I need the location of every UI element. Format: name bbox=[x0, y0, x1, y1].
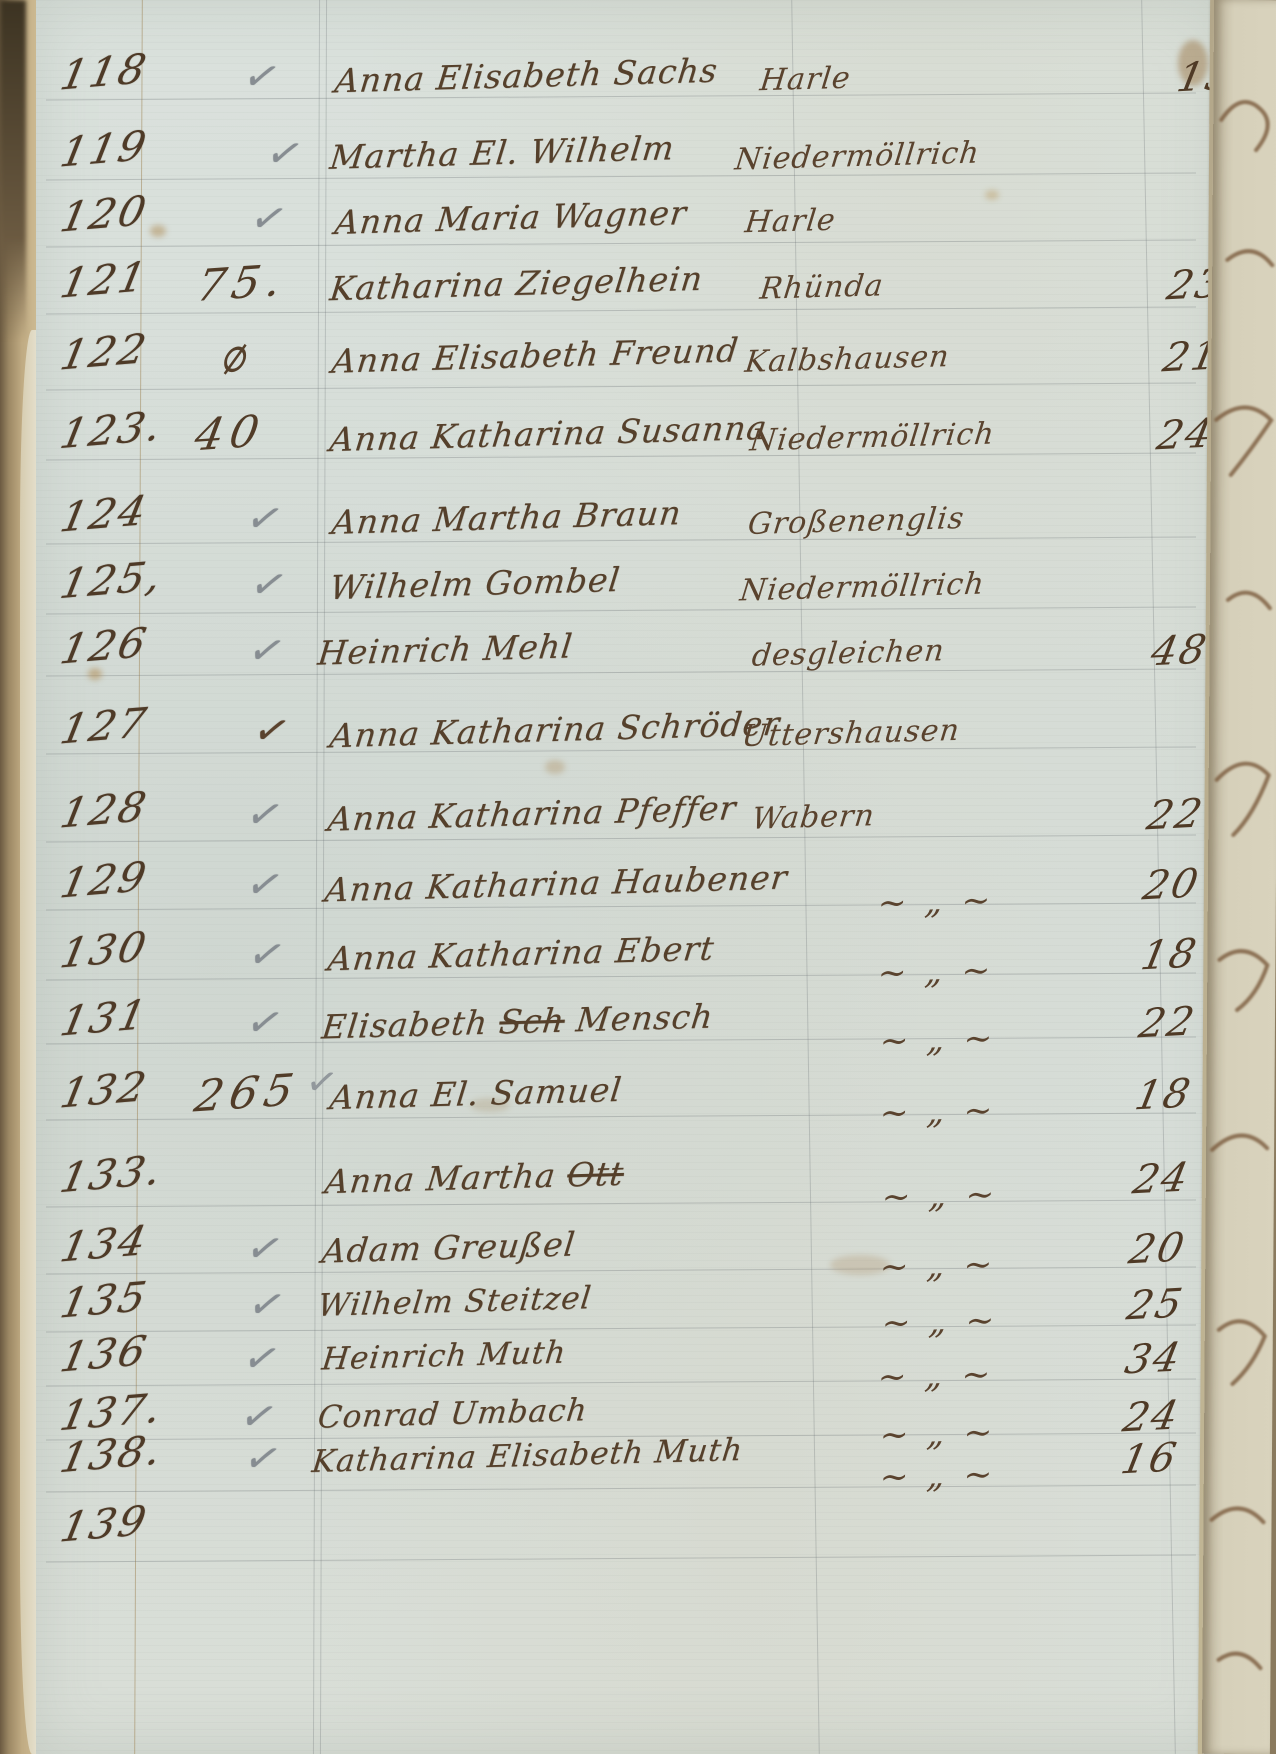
row-number: 132 bbox=[56, 1062, 152, 1117]
row-number: 125, bbox=[56, 552, 167, 608]
ditto-mark: ~ „ ~ bbox=[878, 1244, 999, 1287]
entry-name-part: Mensch bbox=[563, 996, 716, 1039]
entry-age: 34 bbox=[1121, 1335, 1186, 1384]
crossed-out-mark: ⌀ bbox=[222, 324, 249, 386]
entry-age: 20 bbox=[1125, 1225, 1190, 1274]
entry-age: 22 bbox=[1143, 791, 1208, 840]
row-number: 130 bbox=[56, 922, 152, 977]
paper-stain bbox=[985, 190, 999, 200]
ditto-mark: ~ „ ~ bbox=[878, 1454, 999, 1497]
entry-place: Niedermöllrich bbox=[733, 136, 982, 178]
entry-age: 24 bbox=[1129, 1155, 1194, 1204]
fee-amount: 75. bbox=[193, 255, 291, 312]
row-number: 129 bbox=[56, 852, 152, 907]
entry-place: desgleichen bbox=[750, 633, 947, 674]
fee-amount: 265 bbox=[191, 1065, 304, 1123]
entry-name: Heinrich Mehl bbox=[316, 626, 575, 672]
ditto-mark: ~ „ ~ bbox=[880, 1174, 1001, 1217]
row-number: 127 bbox=[56, 698, 152, 753]
fee-amount: 40 bbox=[191, 406, 269, 462]
entry-place: Großenenglis bbox=[746, 501, 966, 542]
entry-name: Heinrich Muth bbox=[320, 1335, 568, 1378]
row-number: 133. bbox=[56, 1146, 167, 1202]
adjacent-page-edge bbox=[1202, 0, 1276, 1754]
entry-age: 48 bbox=[1147, 627, 1212, 676]
row-number: 119 bbox=[56, 121, 152, 176]
entry-name-part: Conrad Umbach bbox=[316, 1392, 589, 1436]
paper-stain bbox=[545, 760, 565, 774]
entry-name: Wilhelm Gombel bbox=[328, 560, 623, 607]
ditto-mark: ~ „ ~ bbox=[878, 1018, 999, 1061]
entry-name-part: Anna El. Samuel bbox=[328, 1070, 624, 1117]
entry-name: Anna El. Samuel bbox=[328, 1070, 624, 1117]
ditto-mark: ~ „ ~ bbox=[876, 880, 997, 923]
row-number: 120 bbox=[56, 186, 152, 241]
entry-name-struck: Sch bbox=[497, 1001, 567, 1042]
entry-place: Wabern bbox=[750, 798, 877, 837]
entry-name-part: Elisabeth bbox=[320, 1002, 502, 1046]
row-number: 121 bbox=[56, 252, 152, 307]
entry-place: Uttershausen bbox=[740, 713, 962, 754]
entry-age: 18 bbox=[1131, 1071, 1196, 1120]
row-number: 123. bbox=[56, 402, 167, 458]
entry-place: Kalbshausen bbox=[743, 339, 951, 380]
ditto-mark: ~ „ ~ bbox=[878, 1412, 999, 1455]
entry-name-part: Anna Martha bbox=[323, 1155, 570, 1201]
book-spine-shadow bbox=[0, 0, 26, 340]
entry-place: Harle bbox=[743, 203, 838, 241]
entry-name-part: Heinrich Mehl bbox=[316, 626, 575, 672]
entry-age: 22 bbox=[1135, 999, 1200, 1048]
entry-name-part: Wilhelm Gombel bbox=[328, 560, 623, 607]
row-number: 138. bbox=[56, 1426, 167, 1482]
entry-place: Harle bbox=[758, 61, 853, 99]
entry-place: Rhünda bbox=[758, 268, 886, 307]
row-number: 124 bbox=[56, 486, 152, 541]
illegible-bleed-through-script bbox=[1202, 0, 1276, 1754]
row-number: 122 bbox=[56, 324, 152, 379]
row-number: 139 bbox=[56, 1496, 152, 1551]
paper-stain bbox=[150, 225, 166, 237]
entry-place: Niedermöllrich bbox=[748, 417, 997, 459]
ditto-mark: ~ „ ~ bbox=[878, 1090, 999, 1133]
entry-name: Adam Greußel bbox=[320, 1224, 578, 1270]
entry-name-part: Adam Greußel bbox=[320, 1224, 578, 1270]
row-number: 126 bbox=[56, 618, 152, 673]
row-number: 135 bbox=[56, 1272, 152, 1327]
ditto-mark: ~ „ ~ bbox=[876, 950, 997, 993]
entry-age: 18 bbox=[1137, 931, 1202, 980]
row-number: 131 bbox=[56, 990, 152, 1045]
entry-name-struck: Ott bbox=[565, 1154, 626, 1195]
ditto-mark: ~ „ ~ bbox=[880, 1300, 1001, 1343]
ledger-page-scene: 118✓Anna Elisabeth SachsHarle15119✓Marth… bbox=[0, 0, 1276, 1754]
entry-age: 25 bbox=[1123, 1281, 1188, 1330]
entry-name-part: Heinrich Muth bbox=[320, 1335, 568, 1378]
entry-age: 16 bbox=[1117, 1435, 1182, 1484]
entry-place: Niedermöllrich bbox=[738, 567, 987, 609]
entry-age: 20 bbox=[1139, 861, 1204, 910]
entry-name: Conrad Umbach bbox=[316, 1392, 589, 1436]
row-number: 118 bbox=[56, 44, 152, 99]
row-number: 128 bbox=[56, 782, 152, 837]
ditto-mark: ~ „ ~ bbox=[876, 1354, 997, 1397]
row-number: 134 bbox=[56, 1216, 152, 1271]
row-number: 136 bbox=[56, 1326, 152, 1381]
